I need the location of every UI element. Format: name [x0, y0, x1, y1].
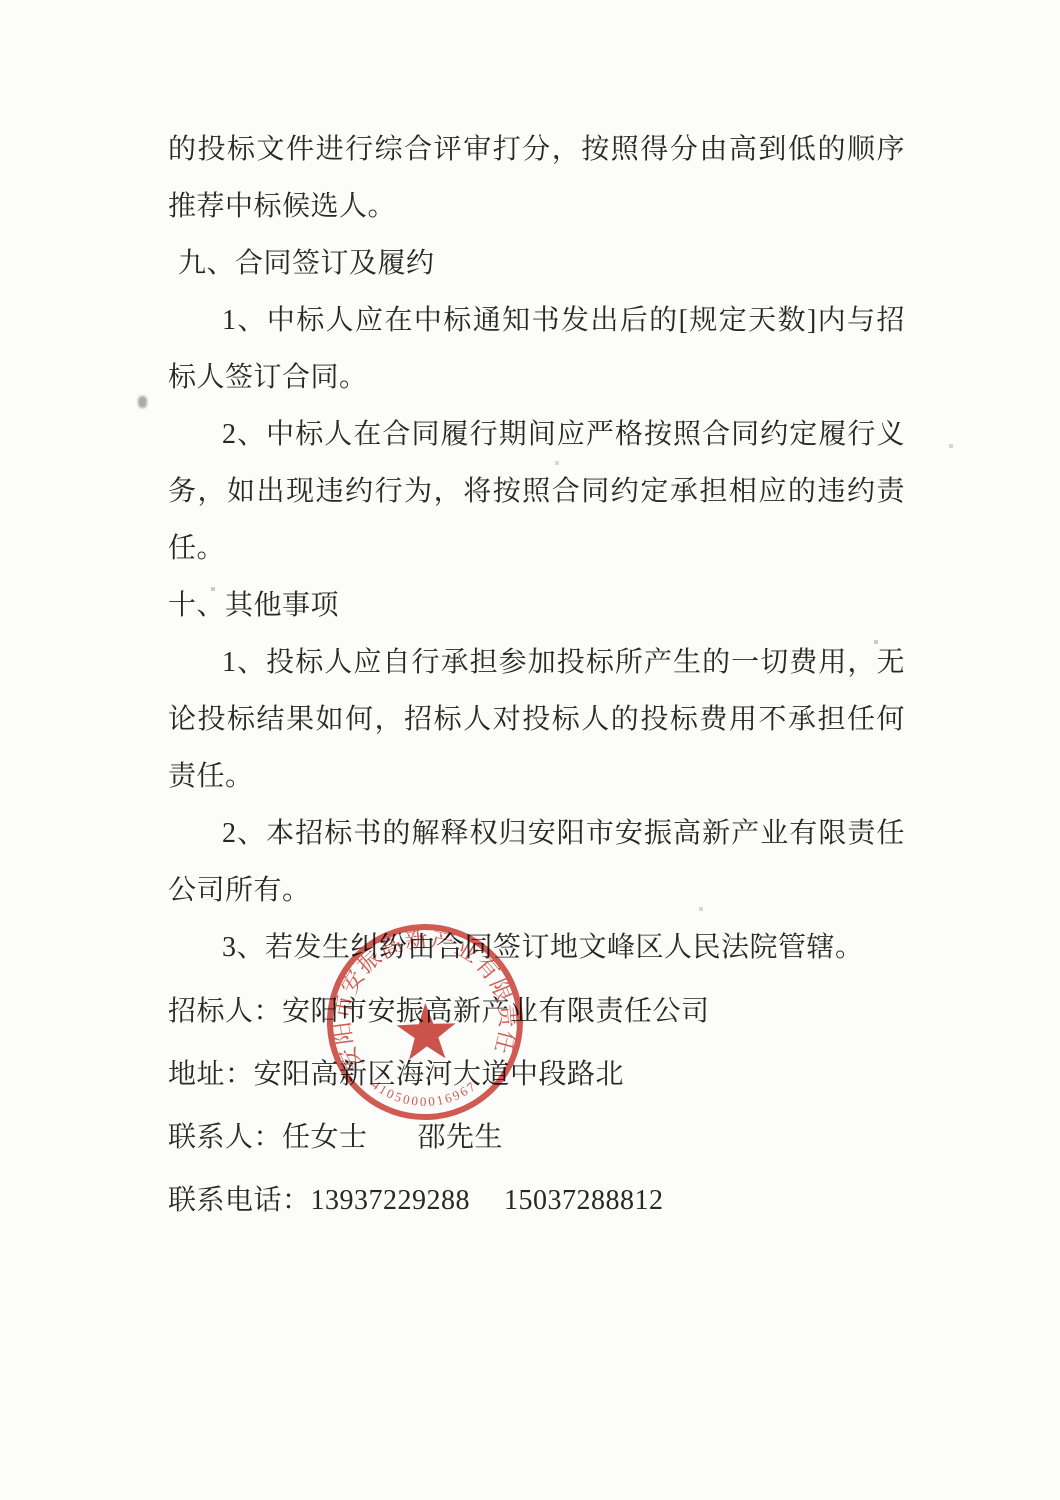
phone-label: 联系电话：	[168, 1185, 311, 1216]
contact-person-label: 联系人：	[168, 1122, 282, 1153]
section-9-item-1: 1、中标人应在中标通知书发出后的[规定天数]内与招标人签订合同。	[168, 292, 905, 406]
seal-star-icon	[396, 1002, 457, 1060]
scanned-tender-document-page: 的投标文件进行综合评审打分，按照得分由高到低的顺序推荐中标候选人。 九、合同签订…	[0, 0, 1060, 1500]
section-9-item-2: 2、中标人在合同履行期间应严格按照合同约定履行义务，如出现违约行为，将按照合同约…	[168, 406, 905, 577]
contact-person-1: 任女士	[282, 1122, 368, 1153]
document-body: 的投标文件进行综合评审打分，按照得分由高到低的顺序推荐中标候选人。 九、合同签订…	[168, 121, 905, 976]
section-10-item-1: 1、投标人应自行承担参加投标所产生的一切费用，无论投标结果如何，招标人对投标人的…	[168, 634, 905, 805]
contact-person-2: 邵先生	[418, 1122, 504, 1153]
seal-company-name: 安阳市安振高新产业有限责任公司	[320, 918, 522, 1075]
scan-edge-smudge	[138, 396, 147, 408]
address-label: 地址：	[168, 1059, 254, 1090]
company-seal-stamp: 安阳市安振高新产业有限责任公司 4105000016967	[320, 918, 532, 1127]
section-10-item-3: 3、若发生纠纷由合同签订地文峰区人民法院管辖。	[168, 919, 905, 976]
phone-number-2: 15037288812	[504, 1185, 664, 1216]
section-10-item-2: 2、本招标书的解释权归安阳市安振高新产业有限责任公司所有。	[168, 805, 905, 919]
contact-person-line: 联系人：任女士邵先生	[168, 1106, 948, 1169]
contact-block: 招标人：安阳市安振高新产业有限责任公司 地址：安阳高新区海河大道中段路北 联系人…	[168, 980, 948, 1232]
section-10-heading: 十、其他事项	[168, 577, 905, 634]
phone-line: 联系电话：1393722928815037288812	[168, 1169, 948, 1232]
tenderer-label: 招标人：	[168, 996, 282, 1027]
phone-number-1: 13937229288	[311, 1185, 471, 1216]
tenderer-line: 招标人：安阳市安振高新产业有限责任公司	[168, 980, 948, 1043]
section-9-heading: 九、合同签订及履约	[168, 235, 905, 292]
scan-noise-specks	[0, 0, 2, 2]
address-line: 地址：安阳高新区海河大道中段路北	[168, 1043, 948, 1106]
paragraph-evaluation-continuation: 的投标文件进行综合评审打分，按照得分由高到低的顺序推荐中标候选人。	[168, 121, 905, 235]
